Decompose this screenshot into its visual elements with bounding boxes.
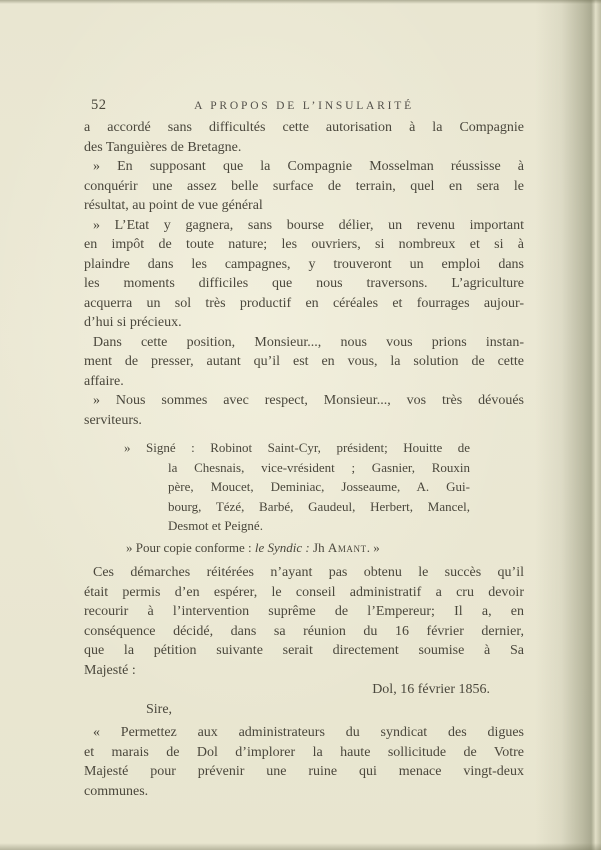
text-line: communes. (84, 782, 524, 802)
text-line: a accordé sans difficultés cette autoris… (84, 118, 524, 138)
text-line: Dans cette position, Monsieur..., nous v… (84, 333, 524, 353)
text-line: en impôt de toute nature; les ouvriers, … (84, 235, 524, 255)
text-line: » L’Etat y gagnera, sans bourse délier, … (84, 216, 524, 236)
paragraph-quote: » L’Etat y gagnera, sans bourse délier, … (84, 216, 524, 333)
text-line: » Signé : Robinot Saint-Cyr, président; … (124, 438, 470, 458)
copy-conform-line: » Pour copie conforme : le Syndic : Jh A… (126, 538, 524, 558)
italic-text: le Syndic : (255, 540, 313, 555)
salutation: Sire, (84, 700, 524, 720)
text-line: les moments difficiles que nous traverso… (84, 274, 524, 294)
text-line: conséquence décidé, dans sa réunion du 1… (84, 622, 524, 642)
text-line: plaindre dans les campagnes, y trouveron… (84, 255, 524, 275)
text-line: la Chesnais, vice-vrésident ; Gasnier, R… (168, 458, 470, 478)
text-line: résultat, au point de vue général (84, 196, 524, 216)
paragraph-quote: « Permettez aux administrateurs du syndi… (84, 723, 524, 801)
paragraph-quote: » En supposant que la Compagnie Mosselma… (84, 157, 524, 216)
text-line: ment de presser, autant qu’il est en vou… (84, 352, 524, 372)
paragraph: Ces démarches réitérées n’ayant pas obte… (84, 563, 524, 680)
text-block: a accordé sans difficultés cette autoris… (84, 118, 524, 801)
book-page: 52 A PROPOS DE L’INSULARITÉ a accordé sa… (0, 0, 601, 850)
text-line: recourir à l’intervention suprême de l’E… (84, 602, 524, 622)
text-line: Sire, (146, 700, 524, 720)
page-edge-shadow-right (535, 0, 601, 850)
text-line: d’hui si précieux. (84, 313, 524, 333)
text-line: et marais de Dol d’implorer la haute sol… (84, 743, 524, 763)
text-line: Majesté : (84, 661, 524, 681)
page-edge-shadow-bottom (0, 843, 601, 850)
text-line: » Nous sommes avec respect, Monsieur...,… (84, 391, 524, 411)
text-line: « Permettez aux administrateurs du syndi… (84, 723, 524, 743)
text-line: que la pétition suivante serait directem… (84, 641, 524, 661)
paragraph-continuation: a accordé sans difficultés cette autoris… (84, 118, 524, 157)
smallcaps-name: Amant (328, 540, 367, 555)
text-line: Ces démarches réitérées n’ayant pas obte… (84, 563, 524, 583)
text-line: Majesté pour prévenir une ruine qui mena… (84, 762, 524, 782)
text-line: affaire. (84, 372, 524, 392)
text-segment: Jh (313, 540, 328, 555)
text-line: serviteurs. (84, 411, 524, 431)
text-line: Dol, 16 février 1856. (84, 680, 524, 700)
text-line: acquerra un sol très productif en céréal… (84, 294, 524, 314)
text-line: des Tanguières de Bretagne. (84, 138, 524, 158)
dateline: Dol, 16 février 1856. (84, 680, 524, 700)
text-line: bourg, Tézé, Barbé, Gaudeul, Herbert, Ma… (168, 497, 470, 517)
text-line: était permis d’en espérer, le conseil ad… (84, 583, 524, 603)
text-line: conquérir une assez belle surface de ter… (84, 177, 524, 197)
text-segment: . » (367, 540, 380, 555)
paragraph-quote: » Nous sommes avec respect, Monsieur...,… (84, 391, 524, 430)
running-title: A PROPOS DE L’INSULARITÉ (84, 100, 524, 112)
paragraph: Dans cette position, Monsieur..., nous v… (84, 333, 524, 392)
text-line: père, Moucet, Deminiac, Josseaume, A. Gu… (168, 477, 470, 497)
page-header: 52 A PROPOS DE L’INSULARITÉ (84, 97, 524, 117)
text-segment: » Pour copie conforme : (126, 540, 255, 555)
text-line: » En supposant que la Compagnie Mosselma… (84, 157, 524, 177)
text-line: » Pour copie conforme : le Syndic : Jh A… (126, 538, 524, 558)
signature-block: » Signé : Robinot Saint-Cyr, président; … (124, 438, 470, 536)
text-line: Desmot et Peigné. (168, 516, 470, 536)
page-edge-shadow-top (0, 0, 601, 4)
